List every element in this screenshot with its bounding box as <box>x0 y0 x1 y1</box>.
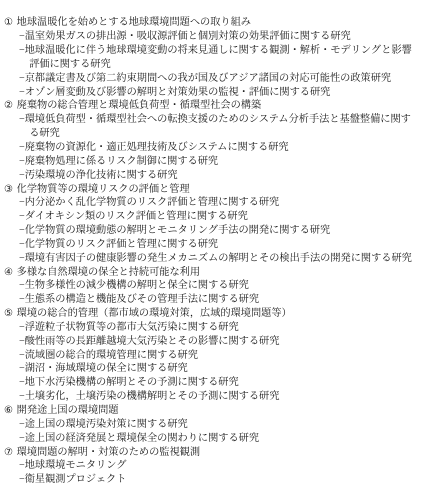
item-text: 地球環境モニタリング <box>25 460 127 471</box>
item-text: 生態系の構造と機能及びその管理手法に関する研究 <box>25 294 259 305</box>
research-item: −廃棄物処理に係るリスク制御に関する研究 <box>29 155 419 169</box>
section-title: 多様な自然環境の保全と持続可能な利用 <box>17 267 200 278</box>
research-item: −京都議定書及び第二約束期間への我が国及びアジア諸国の対応可能性の政策研究 <box>29 72 419 86</box>
research-item: −流域圏の総合的環境管理に関する研究 <box>29 349 419 363</box>
section-title: 開発途上国の環境問題 <box>17 405 119 416</box>
item-text: 廃棄物の資源化・適正処理技術及びシステムに関する研究 <box>25 142 289 153</box>
section-number: ⑥ <box>4 405 13 416</box>
section-number: ② <box>4 100 13 111</box>
item-text: 途上国の経済発展と環境保全の関わりに関する研究 <box>25 433 259 444</box>
research-item: −衛星観測プロジェクト <box>29 473 419 487</box>
research-item: −廃棄物の資源化・適正処理技術及びシステムに関する研究 <box>29 141 419 155</box>
item-text: 浮遊粒子状物質等の都市大気汚染に関する研究 <box>25 322 239 333</box>
research-item: −内分泌かく乱化学物質のリスク評価と管理に関する研究 <box>29 196 419 210</box>
section-title: 環境の総合的管理（都市域の環境対策，広域的環境問題等） <box>17 308 292 319</box>
research-item: −途上国の経済発展と環境保全の関わりに関する研究 <box>29 432 419 446</box>
item-text: 内分泌かく乱化学物質のリスク評価と管理に関する研究 <box>25 197 279 208</box>
item-text: 地球温暖化に伴う地球環境変動の将来見通しに関する観測・解析・モデリングと影響評価… <box>25 45 412 70</box>
item-text: 生物多様性の減少機構の解明と保全に関する研究 <box>25 280 249 291</box>
section-title: 環境問題の解明・対策のための監視観測 <box>17 447 200 458</box>
section: ⑦環境問題の解明・対策のための監視観測−地球環境モニタリング−衛星観測プロジェク… <box>4 446 424 488</box>
item-text: 地下水汚染機構の解明とその予測に関する研究 <box>25 377 239 388</box>
section-header: ③化学物質等の環境リスクの評価と管理 <box>4 183 424 197</box>
research-item: −化学物質の環境動態の解明とモニタリング手法の開発に関する研究 <box>29 224 419 238</box>
research-item: −地球温暖化に伴う地球環境変動の将来見通しに関する観測・解析・モデリングと影響評… <box>29 44 419 72</box>
research-item: −環境有害因子の健康影響の発生メカニズムの解明とその検出手法の開発に関する研究 <box>29 252 419 266</box>
item-text: 化学物質の環境動態の解明とモニタリング手法の開発に関する研究 <box>25 225 330 236</box>
section-number: ① <box>4 17 13 28</box>
item-text: 衛星観測プロジェクト <box>25 474 127 485</box>
section-number: ⑦ <box>4 447 13 458</box>
section-title: 廃棄物の総合管理と環境低負荷型・循環型社会の構築 <box>17 100 262 111</box>
research-item: −化学物質のリスク評価と管理に関する研究 <box>29 238 419 252</box>
item-text: 廃棄物処理に係るリスク制御に関する研究 <box>25 156 218 167</box>
research-topic-list: ①地球温暖化を始めとする地球環境問題への取り組み−温室効果ガスの排出源・吸収源評… <box>0 0 426 487</box>
item-text: 化学物質のリスク評価と管理に関する研究 <box>25 239 218 250</box>
section-header: ⑤環境の総合的管理（都市域の環境対策，広域的環境問題等） <box>4 307 424 321</box>
research-item: −汚染環境の浄化技術に関する研究 <box>29 169 419 183</box>
section-header: ⑥開発途上国の環境問題 <box>4 404 424 418</box>
section-header: ④多様な自然環境の保全と持続可能な利用 <box>4 266 424 280</box>
section: ④多様な自然環境の保全と持続可能な利用−生物多様性の減少機構の解明と保全に関する… <box>4 266 424 308</box>
item-text: 温室効果ガスの排出源・吸収源評価と個別対策の効果評価に関する研究 <box>25 31 351 42</box>
section-header: ①地球温暖化を始めとする地球環境問題への取り組み <box>4 16 424 30</box>
item-text: 酸性雨等の長距離越境大気汚染とその影響に関する研究 <box>25 336 280 347</box>
item-text: 京都議定書及び第二約束期間への我が国及びアジア諸国の対応可能性の政策研究 <box>25 73 391 84</box>
research-item: −オゾン層変動及び影響の解明と対策効果の監視・評価に関する研究 <box>29 86 419 100</box>
research-item: −温室効果ガスの排出源・吸収源評価と個別対策の効果評価に関する研究 <box>29 30 419 44</box>
research-item: −生物多様性の減少機構の解明と保全に関する研究 <box>29 279 419 293</box>
document-page: ①地球温暖化を始めとする地球環境問題への取り組み−温室効果ガスの排出源・吸収源評… <box>0 0 426 498</box>
research-item: −浮遊粒子状物質等の都市大気汚染に関する研究 <box>29 321 419 335</box>
research-item: −土壌劣化，土壌汚染の機構解明とその予測に関する研究 <box>29 390 419 404</box>
section: ①地球温暖化を始めとする地球環境問題への取り組み−温室効果ガスの排出源・吸収源評… <box>4 16 424 99</box>
section-header: ②廃棄物の総合管理と環境低負荷型・循環型社会の構築 <box>4 99 424 113</box>
section: ②廃棄物の総合管理と環境低負荷型・循環型社会の構築−環境低負荷型・循環型社会への… <box>4 99 424 182</box>
item-text: ダイオキシン類のリスク評価と管理に関する研究 <box>25 211 248 222</box>
item-text: 環境低負荷型・循環型社会への転換支援のためのシステム分析手法と基盤整備に関する研… <box>25 114 411 139</box>
section-number: ⑤ <box>4 308 13 319</box>
section-number: ④ <box>4 267 13 278</box>
research-item: −湖沼・海域環境の保全に関する研究 <box>29 362 419 376</box>
research-item: −地下水汚染機構の解明とその予測に関する研究 <box>29 376 419 390</box>
research-item: −環境低負荷型・循環型社会への転換支援のためのシステム分析手法と基盤整備に関する… <box>29 113 419 141</box>
research-item: −地球環境モニタリング <box>29 459 419 473</box>
section-header: ⑦環境問題の解明・対策のための監視観測 <box>4 446 424 460</box>
research-item: −ダイオキシン類のリスク評価と管理に関する研究 <box>29 210 419 224</box>
item-text: 湖沼・海域環境の保全に関する研究 <box>25 363 188 374</box>
item-text: 汚染環境の浄化技術に関する研究 <box>25 170 178 181</box>
section-title: 地球温暖化を始めとする地球環境問題への取り組み <box>17 17 251 28</box>
item-text: 流域圏の総合的環境管理に関する研究 <box>25 350 198 361</box>
section: ③化学物質等の環境リスクの評価と管理−内分泌かく乱化学物質のリスク評価と管理に関… <box>4 183 424 266</box>
section: ⑤環境の総合的管理（都市域の環境対策，広域的環境問題等）−浮遊粒子状物質等の都市… <box>4 307 424 404</box>
research-item: −酸性雨等の長距離越境大気汚染とその影響に関する研究 <box>29 335 419 349</box>
item-text: オゾン層変動及び影響の解明と対策効果の監視・評価に関する研究 <box>25 87 331 98</box>
section-number: ③ <box>4 184 13 195</box>
section: ⑥開発途上国の環境問題−途上国の環境汚染対策に関する研究−途上国の経済発展と環境… <box>4 404 424 446</box>
research-item: −生態系の構造と機能及びその管理手法に関する研究 <box>29 293 419 307</box>
research-item: −途上国の環境汚染対策に関する研究 <box>29 418 419 432</box>
item-text: 環境有害因子の健康影響の発生メカニズムの解明とその検出手法の開発に関する研究 <box>25 253 412 264</box>
item-text: 土壌劣化，土壌汚染の機構解明とその予測に関する研究 <box>25 391 280 402</box>
section-title: 化学物質等の環境リスクの評価と管理 <box>17 184 190 195</box>
item-text: 途上国の環境汚染対策に関する研究 <box>25 419 188 430</box>
